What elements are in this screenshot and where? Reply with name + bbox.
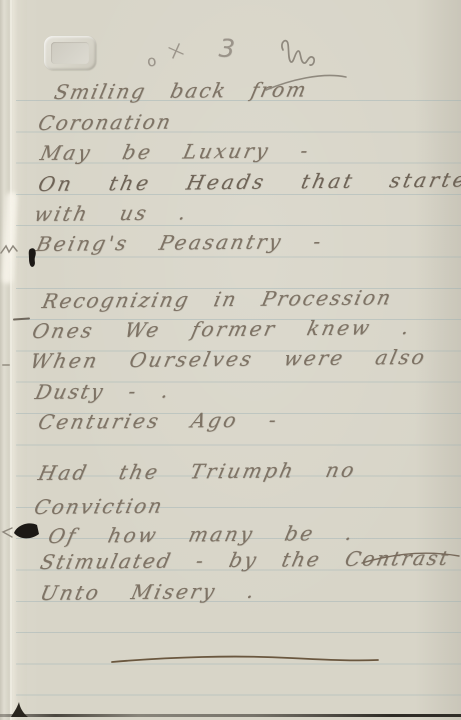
hand-drawn-divider <box>112 657 378 662</box>
scan-bottom-edge <box>0 714 461 717</box>
margin-squiggle <box>1 246 17 253</box>
manuscript-page: o + 3 Smiling back from Coronation May b… <box>0 0 461 720</box>
drawn-marks-layer <box>0 0 461 720</box>
ink-blot-lower <box>14 523 39 538</box>
ink-blot-upper <box>29 248 36 267</box>
margin-chevron <box>3 528 12 537</box>
contrast-flourish <box>362 553 459 563</box>
monogram-scribble-icon <box>266 41 346 90</box>
